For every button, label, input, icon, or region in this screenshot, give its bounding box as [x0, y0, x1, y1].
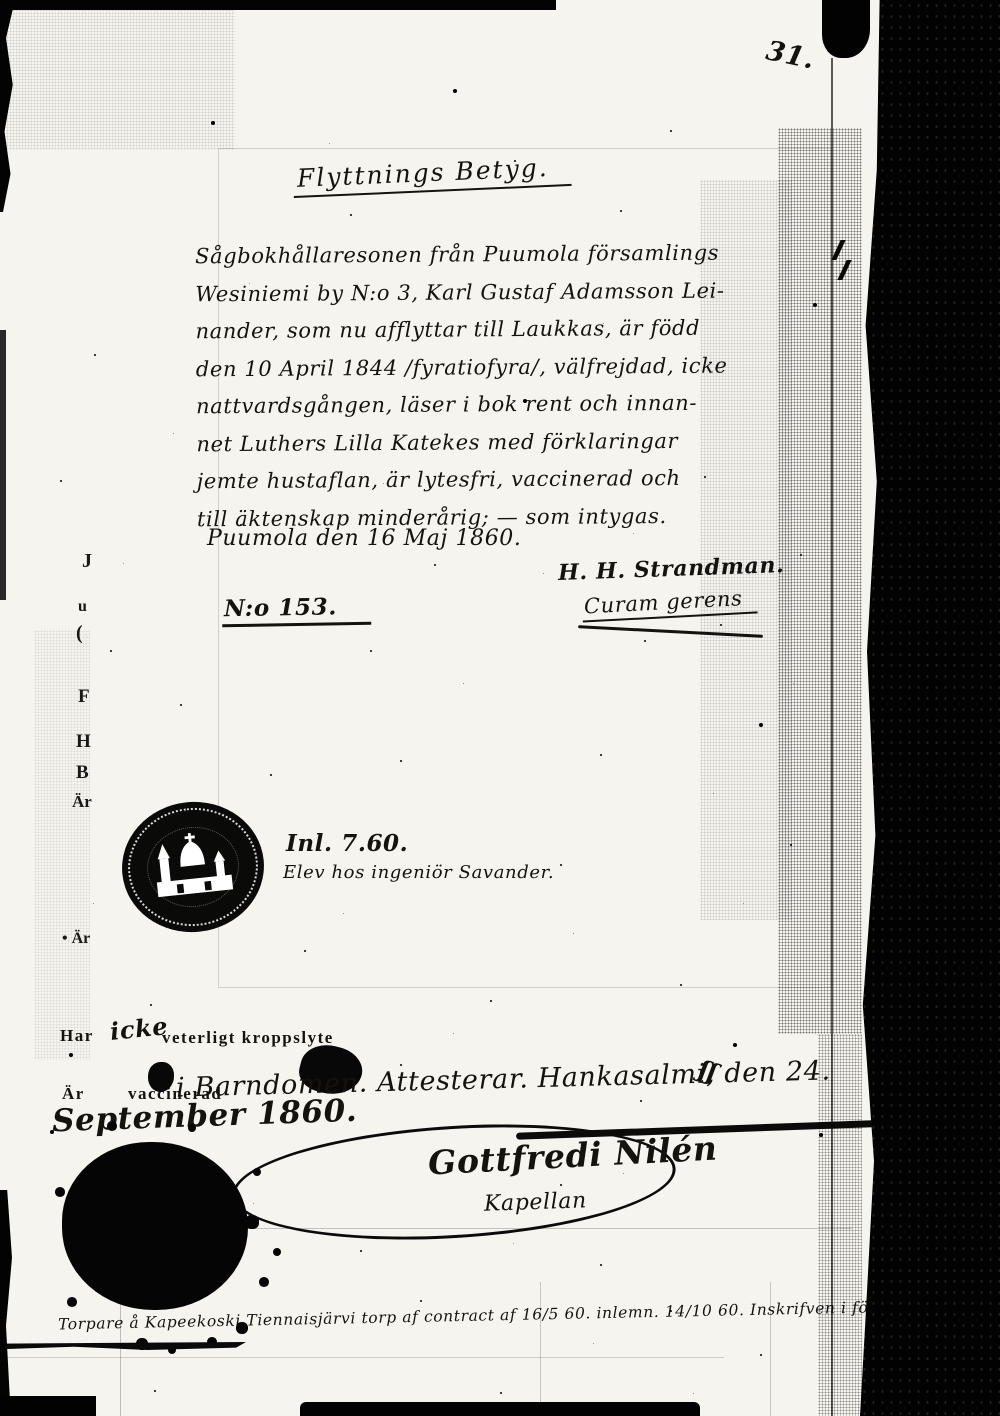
seal-annotation-line1: Inl. 7.60.	[286, 830, 408, 857]
scan-noise-band-lower	[818, 1034, 862, 1416]
margin-fragment: (	[76, 622, 83, 645]
document-number: N:o 153.	[222, 593, 371, 628]
church-silhouette	[140, 823, 246, 913]
attestation-line2: September 1860.	[51, 1093, 357, 1140]
fold-line	[120, 1150, 121, 1416]
scan-noise-band-edge	[778, 128, 862, 1034]
faint-rule	[180, 1228, 852, 1229]
form-label-ar: Är	[62, 1084, 85, 1104]
scanned-document-page: 31. Flyttnings Betyg. Sågbokhållaresonen…	[0, 0, 1000, 1416]
attestor-signature-title: Kapellan	[484, 1188, 588, 1217]
fold-line	[770, 1282, 771, 1416]
scan-edge-bottom	[300, 1402, 700, 1416]
margin-fragment: Är	[72, 792, 92, 812]
fold-line	[540, 1282, 541, 1416]
wax-seal-splatter	[50, 1130, 54, 1134]
margin-fragment: F	[78, 686, 90, 708]
faint-rule	[0, 1357, 724, 1358]
form-label-kroppslyte: veterligt kroppslyte	[162, 1028, 334, 1048]
scan-edge-bottom-left	[0, 1396, 96, 1416]
page-corner-number: 31.	[763, 35, 817, 75]
seal-annotation-line2: Elev hos ingeniör Savander.	[283, 862, 554, 883]
scan-edge-blob	[822, 0, 870, 58]
dateline: Puumola den 16 Maj 1860.	[207, 526, 521, 551]
wax-seal-blob	[62, 1142, 248, 1310]
scan-edge-left-bottom	[0, 1190, 12, 1416]
handwritten-icke: icke	[109, 1011, 170, 1046]
form-label-har: Har	[60, 1026, 94, 1046]
scan-noise-topleft	[0, 0, 235, 150]
scan-edge-right-band	[860, 0, 1000, 1416]
margin-fragment: J	[82, 550, 92, 573]
margin-fragment: Är	[62, 930, 90, 948]
scratch-mark	[0, 1342, 246, 1350]
margin-fragment: u	[78, 598, 87, 616]
margin-fragment: B	[76, 762, 89, 784]
scan-edge-top	[0, 0, 556, 10]
scan-edge-left-mid	[0, 330, 6, 600]
margin-fragment: H	[76, 731, 91, 753]
